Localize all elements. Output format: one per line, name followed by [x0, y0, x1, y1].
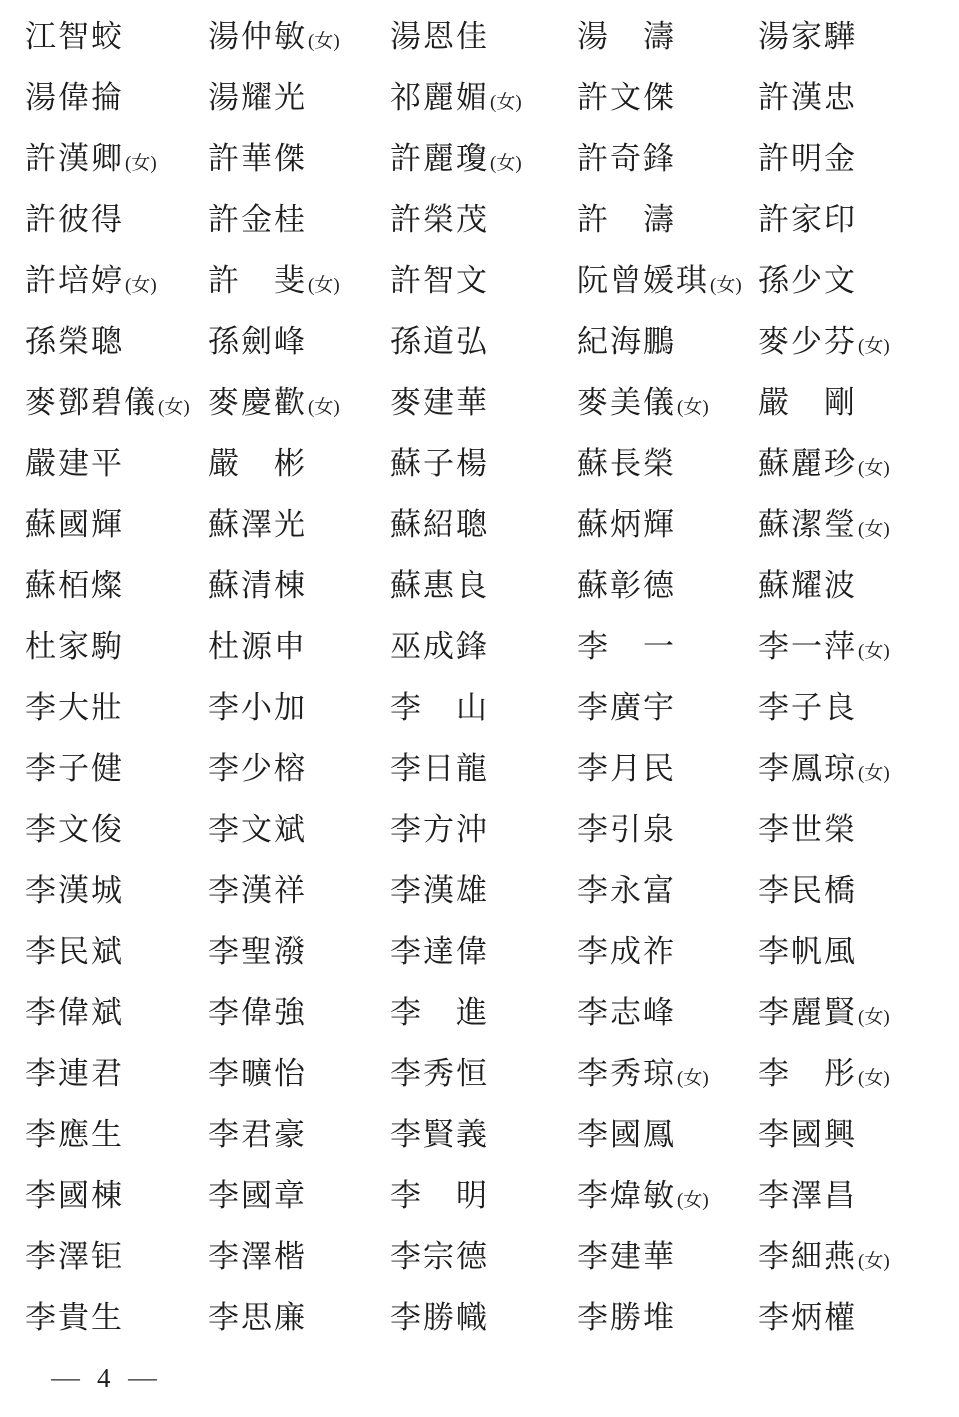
name-cell: 李思廉: [208, 1299, 390, 1360]
name-cell: 蘇紹聰: [390, 506, 577, 567]
person-name: 許漢忠: [758, 80, 857, 115]
person-name: 李子良: [758, 690, 857, 725]
person-name: 阮曾媛琪: [577, 263, 709, 298]
name-cell: 杜源申: [208, 628, 390, 689]
name-cell: 許彼得: [25, 201, 208, 262]
document-page: 江智蛟湯仲敏(女)湯恩佳湯 濤湯家驊湯偉掄湯耀光祁麗媚(女)許文傑許漢忠許漢卿(…: [0, 0, 959, 1417]
person-name: 李澤楷: [208, 1239, 307, 1274]
person-name: 李 山: [390, 690, 489, 725]
name-cell: 李澤昌: [758, 1177, 959, 1238]
person-name: 李帆風: [758, 934, 857, 969]
person-name: 李永富: [577, 873, 676, 908]
person-name: 李思廉: [208, 1300, 307, 1335]
person-name: 李漢城: [25, 873, 124, 908]
person-name: 李賢義: [390, 1117, 489, 1152]
person-name: 蘇惠良: [390, 568, 489, 603]
name-cell: 李民斌: [25, 933, 208, 994]
name-cell: 李曠怡: [208, 1055, 390, 1116]
person-name: 李澤钜: [25, 1239, 124, 1274]
person-name: 許漢卿: [25, 141, 124, 176]
person-name: 蘇清棟: [208, 568, 307, 603]
name-cell: 李子健: [25, 750, 208, 811]
person-name: 李連君: [25, 1056, 124, 1091]
person-name: 麥少芬: [758, 324, 857, 359]
female-marker: (女): [308, 397, 340, 418]
female-marker: (女): [858, 458, 890, 479]
name-cell: 許培婷(女): [25, 262, 208, 323]
person-name: 李聖潑: [208, 934, 307, 969]
person-name: 許金桂: [208, 202, 307, 237]
name-cell: 湯恩佳: [390, 18, 577, 79]
person-name: 許家印: [758, 202, 857, 237]
name-cell: 蘇潔瑩(女): [758, 506, 959, 567]
name-cell: 麥建華: [390, 384, 577, 445]
female-marker: (女): [490, 153, 522, 174]
name-cell: 蘇清棟: [208, 567, 390, 628]
name-cell: 李漢城: [25, 872, 208, 933]
name-list: 江智蛟湯仲敏(女)湯恩佳湯 濤湯家驊湯偉掄湯耀光祁麗媚(女)許文傑許漢忠許漢卿(…: [25, 18, 959, 1360]
name-cell: 李 一: [577, 628, 758, 689]
footer-right-dash: —: [128, 1365, 157, 1393]
person-name: 李民橋: [758, 873, 857, 908]
person-name: 李偉斌: [25, 995, 124, 1030]
name-cell: 李麗賢(女): [758, 994, 959, 1055]
name-cell: 李文俊: [25, 811, 208, 872]
name-cell: 許家印: [758, 201, 959, 262]
person-name: 許麗瓊: [390, 141, 489, 176]
name-cell: 李帆風: [758, 933, 959, 994]
person-name: 李民斌: [25, 934, 124, 969]
female-marker: (女): [308, 275, 340, 296]
female-marker: (女): [858, 519, 890, 540]
person-name: 江智蛟: [25, 19, 124, 54]
person-name: 許華傑: [208, 141, 307, 176]
person-name: 許 斐: [208, 263, 307, 298]
person-name: 湯偉掄: [25, 80, 124, 115]
person-name: 李少榕: [208, 751, 307, 786]
person-name: 祁麗媚: [390, 80, 489, 115]
person-name: 蘇潔瑩: [758, 507, 857, 542]
person-name: 李鳳琼: [758, 751, 857, 786]
person-name: 李國棟: [25, 1178, 124, 1213]
name-cell: 李 山: [390, 689, 577, 750]
name-cell: 李少榕: [208, 750, 390, 811]
name-cell: 蘇長榮: [577, 445, 758, 506]
person-name: 李秀恒: [390, 1056, 489, 1091]
person-name: 李煒敏: [577, 1178, 676, 1213]
female-marker: (女): [490, 92, 522, 113]
person-name: 許 濤: [577, 202, 676, 237]
person-name: 蘇紹聰: [390, 507, 489, 542]
person-name: 李國興: [758, 1117, 857, 1152]
name-cell: 李澤楷: [208, 1238, 390, 1299]
name-cell: 李 進: [390, 994, 577, 1055]
female-marker: (女): [858, 1251, 890, 1272]
female-marker: (女): [308, 31, 340, 52]
name-cell: 蘇彰德: [577, 567, 758, 628]
person-name: 李偉強: [208, 995, 307, 1030]
person-name: 李達偉: [390, 934, 489, 969]
person-name: 李勝幟: [390, 1300, 489, 1335]
person-name: 嚴 剛: [758, 385, 857, 420]
person-name: 李曠怡: [208, 1056, 307, 1091]
person-name: 蘇澤光: [208, 507, 307, 542]
name-cell: 李子良: [758, 689, 959, 750]
person-name: 蘇國輝: [25, 507, 124, 542]
person-name: 蘇耀波: [758, 568, 857, 603]
person-name: 李一萍: [758, 629, 857, 664]
person-name: 李成祚: [577, 934, 676, 969]
female-marker: (女): [858, 1068, 890, 1089]
person-name: 孫少文: [758, 263, 857, 298]
person-name: 李大壯: [25, 690, 124, 725]
name-cell: 李煒敏(女): [577, 1177, 758, 1238]
name-cell: 李漢雄: [390, 872, 577, 933]
female-marker: (女): [125, 275, 157, 296]
name-cell: 李賢義: [390, 1116, 577, 1177]
name-cell: 李宗德: [390, 1238, 577, 1299]
name-cell: 孫道弘: [390, 323, 577, 384]
person-name: 許彼得: [25, 202, 124, 237]
name-cell: 李連君: [25, 1055, 208, 1116]
person-name: 李麗賢: [758, 995, 857, 1030]
name-cell: 李聖潑: [208, 933, 390, 994]
person-name: 許文傑: [577, 80, 676, 115]
name-cell: 麥鄧碧儀(女): [25, 384, 208, 445]
person-name: 李月民: [577, 751, 676, 786]
person-name: 湯家驊: [758, 19, 857, 54]
name-cell: 嚴建平: [25, 445, 208, 506]
person-name: 李細燕: [758, 1239, 857, 1274]
page-number: 4: [97, 1363, 111, 1394]
person-name: 李志峰: [577, 995, 676, 1030]
female-marker: (女): [677, 1190, 709, 1211]
name-cell: 蘇澤光: [208, 506, 390, 567]
name-cell: 麥美儀(女): [577, 384, 758, 445]
name-cell: 李志峰: [577, 994, 758, 1055]
person-name: 李子健: [25, 751, 124, 786]
name-cell: 李應生: [25, 1116, 208, 1177]
person-name: 李日龍: [390, 751, 489, 786]
name-cell: 李君豪: [208, 1116, 390, 1177]
person-name: 麥美儀: [577, 385, 676, 420]
person-name: 李漢雄: [390, 873, 489, 908]
page-footer: — 4 —: [53, 1363, 155, 1394]
name-cell: 李方沖: [390, 811, 577, 872]
name-cell: 許明金: [758, 140, 959, 201]
person-name: 李秀琼: [577, 1056, 676, 1091]
person-name: 麥慶歡: [208, 385, 307, 420]
female-marker: (女): [858, 1007, 890, 1028]
name-cell: 孫少文: [758, 262, 959, 323]
person-name: 湯 濤: [577, 19, 676, 54]
person-name: 杜源申: [208, 629, 307, 664]
person-name: 嚴建平: [25, 446, 124, 481]
person-name: 孫榮聰: [25, 324, 124, 359]
person-name: 李方沖: [390, 812, 489, 847]
female-marker: (女): [677, 397, 709, 418]
name-cell: 孫劍峰: [208, 323, 390, 384]
name-cell: 湯仲敏(女): [208, 18, 390, 79]
name-cell: 阮曾媛琪(女): [577, 262, 758, 323]
name-cell: 李國棟: [25, 1177, 208, 1238]
person-name: 李勝堆: [577, 1300, 676, 1335]
female-marker: (女): [710, 275, 742, 296]
person-name: 蘇栢燦: [25, 568, 124, 603]
name-cell: 許文傑: [577, 79, 758, 140]
name-cell: 孫榮聰: [25, 323, 208, 384]
person-name: 李國鳳: [577, 1117, 676, 1152]
name-cell: 嚴 彬: [208, 445, 390, 506]
name-cell: 許華傑: [208, 140, 390, 201]
person-name: 湯恩佳: [390, 19, 489, 54]
person-name: 李國章: [208, 1178, 307, 1213]
name-cell: 李文斌: [208, 811, 390, 872]
name-cell: 李成祚: [577, 933, 758, 994]
name-cell: 李秀琼(女): [577, 1055, 758, 1116]
person-name: 蘇子楊: [390, 446, 489, 481]
name-cell: 湯 濤: [577, 18, 758, 79]
female-marker: (女): [125, 153, 157, 174]
person-name: 蘇麗珍: [758, 446, 857, 481]
name-cell: 許漢忠: [758, 79, 959, 140]
person-name: 蘇長榮: [577, 446, 676, 481]
female-marker: (女): [858, 336, 890, 357]
female-marker: (女): [858, 641, 890, 662]
name-cell: 麥慶歡(女): [208, 384, 390, 445]
person-name: 麥建華: [390, 385, 489, 420]
person-name: 孫道弘: [390, 324, 489, 359]
name-cell: 李月民: [577, 750, 758, 811]
person-name: 許奇鋒: [577, 141, 676, 176]
name-cell: 李偉強: [208, 994, 390, 1055]
name-cell: 嚴 剛: [758, 384, 959, 445]
person-name: 李引泉: [577, 812, 676, 847]
female-marker: (女): [677, 1068, 709, 1089]
name-cell: 李貴生: [25, 1299, 208, 1360]
name-cell: 李民橋: [758, 872, 959, 933]
name-cell: 李澤钜: [25, 1238, 208, 1299]
female-marker: (女): [158, 397, 190, 418]
person-name: 李建華: [577, 1239, 676, 1274]
person-name: 李小加: [208, 690, 307, 725]
name-cell: 巫成鋒: [390, 628, 577, 689]
person-name: 李文俊: [25, 812, 124, 847]
person-name: 李 一: [577, 629, 676, 664]
name-cell: 李漢祥: [208, 872, 390, 933]
name-cell: 紀海鵬: [577, 323, 758, 384]
name-cell: 李 彤(女): [758, 1055, 959, 1116]
name-cell: 李 明: [390, 1177, 577, 1238]
name-cell: 李國章: [208, 1177, 390, 1238]
person-name: 許培婷: [25, 263, 124, 298]
name-cell: 李小加: [208, 689, 390, 750]
name-cell: 許榮茂: [390, 201, 577, 262]
name-cell: 江智蛟: [25, 18, 208, 79]
name-cell: 李勝堆: [577, 1299, 758, 1360]
name-cell: 李鳳琼(女): [758, 750, 959, 811]
person-name: 許明金: [758, 141, 857, 176]
name-cell: 許麗瓊(女): [390, 140, 577, 201]
name-cell: 李日龍: [390, 750, 577, 811]
person-name: 許榮茂: [390, 202, 489, 237]
person-name: 李應生: [25, 1117, 124, 1152]
name-cell: 湯耀光: [208, 79, 390, 140]
person-name: 蘇彰德: [577, 568, 676, 603]
name-cell: 許 濤: [577, 201, 758, 262]
person-name: 孫劍峰: [208, 324, 307, 359]
person-name: 李漢祥: [208, 873, 307, 908]
name-cell: 李廣宇: [577, 689, 758, 750]
name-cell: 許奇鋒: [577, 140, 758, 201]
name-cell: 蘇國輝: [25, 506, 208, 567]
person-name: 紀海鵬: [577, 324, 676, 359]
name-cell: 李勝幟: [390, 1299, 577, 1360]
name-cell: 李偉斌: [25, 994, 208, 1055]
person-name: 李文斌: [208, 812, 307, 847]
person-name: 李君豪: [208, 1117, 307, 1152]
name-cell: 許 斐(女): [208, 262, 390, 323]
person-name: 李 明: [390, 1178, 489, 1213]
name-cell: 李建華: [577, 1238, 758, 1299]
name-cell: 李細燕(女): [758, 1238, 959, 1299]
name-cell: 蘇惠良: [390, 567, 577, 628]
person-name: 李貴生: [25, 1300, 124, 1335]
person-name: 李炳權: [758, 1300, 857, 1335]
female-marker: (女): [858, 763, 890, 784]
person-name: 湯仲敏: [208, 19, 307, 54]
name-cell: 許智文: [390, 262, 577, 323]
name-cell: 許漢卿(女): [25, 140, 208, 201]
name-cell: 杜家駒: [25, 628, 208, 689]
person-name: 李 彤: [758, 1056, 857, 1091]
name-cell: 麥少芬(女): [758, 323, 959, 384]
name-cell: 李引泉: [577, 811, 758, 872]
name-cell: 李國鳳: [577, 1116, 758, 1177]
person-name: 巫成鋒: [390, 629, 489, 664]
footer-left-dash: —: [51, 1365, 80, 1393]
name-cell: 蘇耀波: [758, 567, 959, 628]
name-cell: 蘇炳輝: [577, 506, 758, 567]
name-cell: 祁麗媚(女): [390, 79, 577, 140]
person-name: 杜家駒: [25, 629, 124, 664]
person-name: 麥鄧碧儀: [25, 385, 157, 420]
name-cell: 蘇子楊: [390, 445, 577, 506]
person-name: 李 進: [390, 995, 489, 1030]
name-cell: 李一萍(女): [758, 628, 959, 689]
person-name: 嚴 彬: [208, 446, 307, 481]
name-cell: 李炳權: [758, 1299, 959, 1360]
name-cell: 李秀恒: [390, 1055, 577, 1116]
name-cell: 李世榮: [758, 811, 959, 872]
person-name: 李澤昌: [758, 1178, 857, 1213]
name-cell: 湯家驊: [758, 18, 959, 79]
name-cell: 李國興: [758, 1116, 959, 1177]
name-cell: 湯偉掄: [25, 79, 208, 140]
name-cell: 李永富: [577, 872, 758, 933]
person-name: 蘇炳輝: [577, 507, 676, 542]
name-cell: 蘇麗珍(女): [758, 445, 959, 506]
person-name: 李世榮: [758, 812, 857, 847]
person-name: 湯耀光: [208, 80, 307, 115]
person-name: 許智文: [390, 263, 489, 298]
person-name: 李宗德: [390, 1239, 489, 1274]
name-cell: 李大壯: [25, 689, 208, 750]
name-cell: 蘇栢燦: [25, 567, 208, 628]
person-name: 李廣宇: [577, 690, 676, 725]
name-cell: 李達偉: [390, 933, 577, 994]
name-cell: 許金桂: [208, 201, 390, 262]
